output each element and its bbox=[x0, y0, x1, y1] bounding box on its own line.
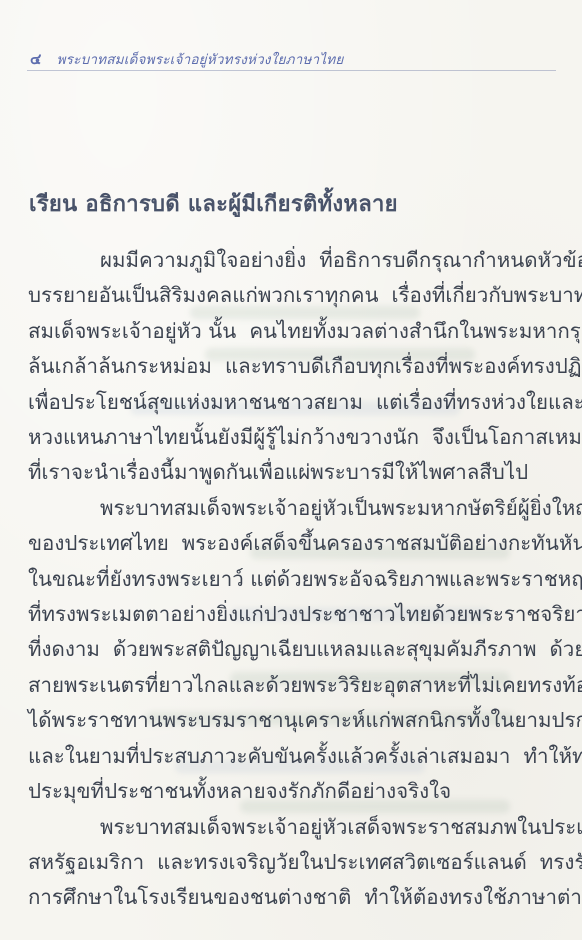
book-page: ๔ พระบาทสมเด็จพระเจ้าอยู่หัวทรงห่วงใยภาษ… bbox=[0, 0, 582, 940]
body-line: พระบาทสมเด็จพระเจ้าอยู่หัวเสด็จพระราชสมภ… bbox=[28, 810, 558, 845]
body-text: ผมมีความภูมิใจอย่างยิ่ง ที่อธิการบดีกรุณ… bbox=[28, 243, 558, 916]
body-line: พระบาทสมเด็จพระเจ้าอยู่หัวเป็นพระมหากษัต… bbox=[28, 491, 558, 526]
body-line: ของประเทศไทย พระองค์เสด็จขึ้นครองราชสมบั… bbox=[28, 526, 558, 561]
body-line: บรรยายอันเป็นสิริมงคลแก่พวกเราทุกคน เรื่… bbox=[28, 278, 558, 313]
body-line: ที่เราจะนำเรื่องนี้มาพูดกันเพื่อแผ่พระบา… bbox=[28, 455, 558, 490]
body-line: สายพระเนตรที่ยาวไกลและด้วยพระวิริยะอุตสา… bbox=[28, 668, 558, 703]
body-line: ผมมีความภูมิใจอย่างยิ่ง ที่อธิการบดีกรุณ… bbox=[28, 243, 558, 278]
body-line: ล้นเกล้าล้นกระหม่อม และทราบดีเกือบทุกเรื… bbox=[28, 349, 558, 384]
body-line: สมเด็จพระเจ้าอยู่หัว นั้น คนไทยทั้งมวลต่… bbox=[28, 314, 558, 349]
body-line: ที่ทรงพระเมตตาอย่างยิ่งแก่ปวงประชาชาวไทย… bbox=[28, 597, 558, 632]
salutation-heading: เรียน อธิการบดี และผู้มีเกียรติทั้งหลาย bbox=[29, 186, 398, 221]
body-line: หวงแหนภาษาไทยนั้นยังมีผู้รู้ไม่กว้างขวาง… bbox=[28, 420, 558, 455]
body-line: และในยามที่ประสบภาวะคับขันครั้งแล้วครั้ง… bbox=[28, 739, 558, 774]
body-line: ในขณะที่ยังทรงพระเยาว์ แต่ด้วยพระอัจฉริย… bbox=[28, 562, 558, 597]
body-line: ที่งดงาม ด้วยพระสติปัญญาเฉียบแหลมและสุขุ… bbox=[28, 632, 558, 667]
body-line: ได้พระราชทานพระบรมราชานุเคราะห์แก่พสกนิก… bbox=[28, 703, 558, 738]
body-line: สหรัฐอเมริกา และทรงเจริญวัยในประเทศสวิตเ… bbox=[28, 845, 558, 880]
running-title: พระบาทสมเด็จพระเจ้าอยู่หัวทรงห่วงใยภาษาไ… bbox=[57, 48, 344, 70]
running-head: ๔ พระบาทสมเด็จพระเจ้าอยู่หัวทรงห่วงใยภาษ… bbox=[30, 47, 344, 71]
body-line: การศึกษาในโรงเรียนของชนต่างชาติ ทำให้ต้อ… bbox=[28, 880, 558, 915]
body-line: เพื่อประโยชน์สุขแห่งมหาชนชาวสยาม แต่เรื่… bbox=[28, 385, 558, 420]
header-rule bbox=[27, 70, 556, 71]
page-number: ๔ bbox=[30, 47, 42, 71]
body-line: ประมุขที่ประชาชนทั้งหลายจงรักภักดีอย่างจ… bbox=[28, 774, 558, 809]
